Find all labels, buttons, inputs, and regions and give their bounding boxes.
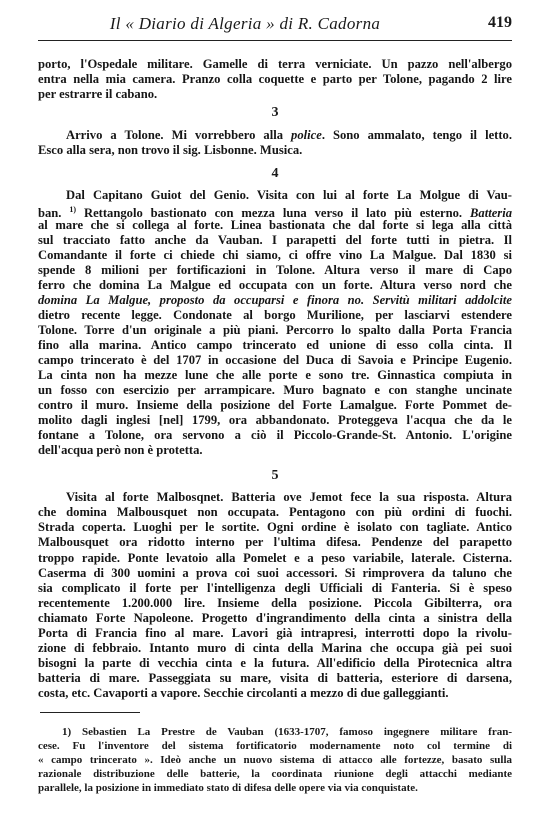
text-line: fontane a Tolone, ora servono a ciò il P… [38,427,512,443]
text-line: troppo rapide. Ponte levatoio alla Pomel… [38,550,512,566]
text-line: campo trincerato è del 1707 in occasione… [38,352,512,368]
text-line: Esco alla sera, non trovo il sig. Lisbon… [38,142,512,158]
text-line: porto, l'Ospedale militare. Gamelle di t… [38,56,512,72]
text-line: per estrarre il cabano. [38,86,512,102]
text-line: costa, etc. Cavaporti a vapore. Secchie … [38,685,512,701]
running-title: Il « Diario di Algeria » di R. Cadorna [38,14,452,34]
footnote-rule [40,712,140,713]
text-line: bisogni la parte di vecchia cinta e la f… [38,655,512,671]
section-number: 3 [0,105,550,121]
text-line: dietro recente legge. Condonate al borgo… [38,307,512,323]
text-line: recentemente 1.200.000 lire. Insieme del… [38,595,512,611]
text-line: sul tracciato fatto anche da Vauban. I p… [38,232,512,248]
text-line: entra nella mia camera. Pranzo colla coq… [38,71,512,87]
running-head: Il « Diario di Algeria » di R. Cadorna 4… [38,14,512,36]
header-rule [38,40,512,41]
text-line: Caserma di 300 uomini a prova coi suoi a… [38,565,512,581]
text-line-italic: domina La Malgue, proposto da occuparsi … [38,292,512,308]
text-line: Tolone. Torre d'un originale a più piani… [38,322,512,338]
text-line: La cinta non ha mezze lune che alle port… [38,367,512,383]
section-number: 5 [0,468,550,484]
text-line: contro il muro. Insieme della posizione … [38,397,512,413]
text-line: al mare che si collega al forte. Linea b… [38,217,512,233]
text-line: Comandante il forte ci chiede chi siamo,… [38,247,512,263]
document-page: Il « Diario di Algeria » di R. Cadorna 4… [0,0,550,828]
text-line: Porta di Francia fino al mare. Lavori gi… [38,625,512,641]
text-line: Dal Capitano Guiot del Genio. Visita con… [66,187,512,203]
footnote-line: 1) Sebastien La Prestre de Vauban (1633-… [62,726,512,739]
text-line: spende 8 milioni per fortificazioni in T… [38,262,512,278]
footnote-line: cese. Fu l'inventore del sistema fortifi… [38,740,512,753]
text-line: Strada coperta. Luoghi per le sortite. O… [38,519,512,535]
text-line: ban. 1) Rettangolo bastionato con mezza … [38,202,512,218]
text-line: chiamato Forte Napoleone. Progetto d'ing… [38,610,512,626]
text-line: dell'acqua però non è protetta. [38,442,512,458]
text-line: un fosso con esercizio per arrampicare. … [38,382,512,398]
italic-term: police [291,128,322,142]
text-line: che domina Malbousquet non occupata. Pen… [38,504,512,520]
footnote-line: razionale distribuzione delle batterie, … [38,768,512,781]
text-line: Malbousquet ora ridotto interno per l'ul… [38,534,512,550]
text-line: Arrivo a Tolone. Mi vorrebbero alla poli… [66,127,512,143]
section-number: 4 [0,166,550,182]
footnote-line: parallele, la posizione in immediato sta… [38,782,512,795]
text-line: zione di febbraio. Intanto muro di cinta… [38,640,512,656]
text-line: sia complicato il forte per l'intelligen… [38,580,512,596]
text-line: molito dagli inglesi [nel] 1799, ora abb… [38,412,512,428]
text-line: Visita al forte Malbosqnet. Batteria ove… [66,489,512,505]
page-number: 419 [488,14,512,32]
text-line: fino alla marina. Antico campo trincerat… [38,337,512,353]
text-line: ferro che domina La Malgue ed occupata c… [38,277,512,293]
footnote-line: « campo trincerato ». Ideò anche un nuov… [38,754,512,767]
text-line: batteria di mare. Passeggiata su mare, v… [38,670,512,686]
